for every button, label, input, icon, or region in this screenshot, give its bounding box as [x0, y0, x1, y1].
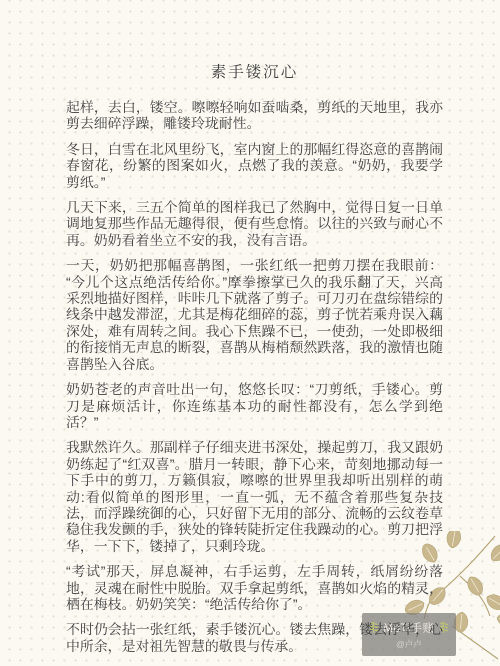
- paragraph-1: 起样，去白，镂空。嚓嚓轻响如蚕啮桑，剪纸的天地里，我亦剪去细碎浮躁，雕镂玲珑耐性…: [66, 99, 443, 132]
- paragraph-4: 一天，奶奶把那幅喜鹊图，一张红纸一把剪刀摆在我眼前：“今儿个这点绝活传给你。”摩…: [66, 257, 443, 372]
- paragraph-6: 我默然许久。那副样子仔细夹进书深处，操起剪刀，我又跟奶奶练起了“红双喜”。腊月一…: [66, 439, 443, 554]
- paragraph-7: “考试”那天，屏息凝神，右手运剪，左手周转，纸屑纷纷落地，灵魂在耐性中脱胎。双手…: [66, 563, 443, 612]
- paragraph-3: 几天下来，三五个简单的图样我已了然胸中，觉得日复一日单调地复那些作品无趣得很，便…: [66, 199, 443, 248]
- journal-page: MoTi手账 @卢卢 素手镂沉心 起样，去白，镂空。嚓嚓轻响如蚕啮桑，剪纸的天地…: [0, 0, 500, 666]
- page-title: 素手镂沉心: [66, 60, 443, 82]
- paragraph-2: 冬日，白雪在北风里纷飞，室内窗上的那幅红得恣意的喜鹊闹春窗花，纷繁的图案如火，点…: [66, 141, 443, 190]
- paragraph-8: 不时仍会拈一张红纸，素手镂沉心。镂去焦躁，镂去浮华，心中所余，是对祖先智慧的敬畏…: [66, 621, 443, 654]
- essay-content: 素手镂沉心 起样，去白，镂空。嚓嚓轻响如蚕啮桑，剪纸的天地里，我亦剪去细碎浮躁，…: [66, 60, 443, 663]
- paragraph-5: 奶奶苍老的声音吐出一句，悠悠长叹：“刀剪纸，手镂心。剪刀是麻烦活计，你连练基本功…: [66, 381, 443, 430]
